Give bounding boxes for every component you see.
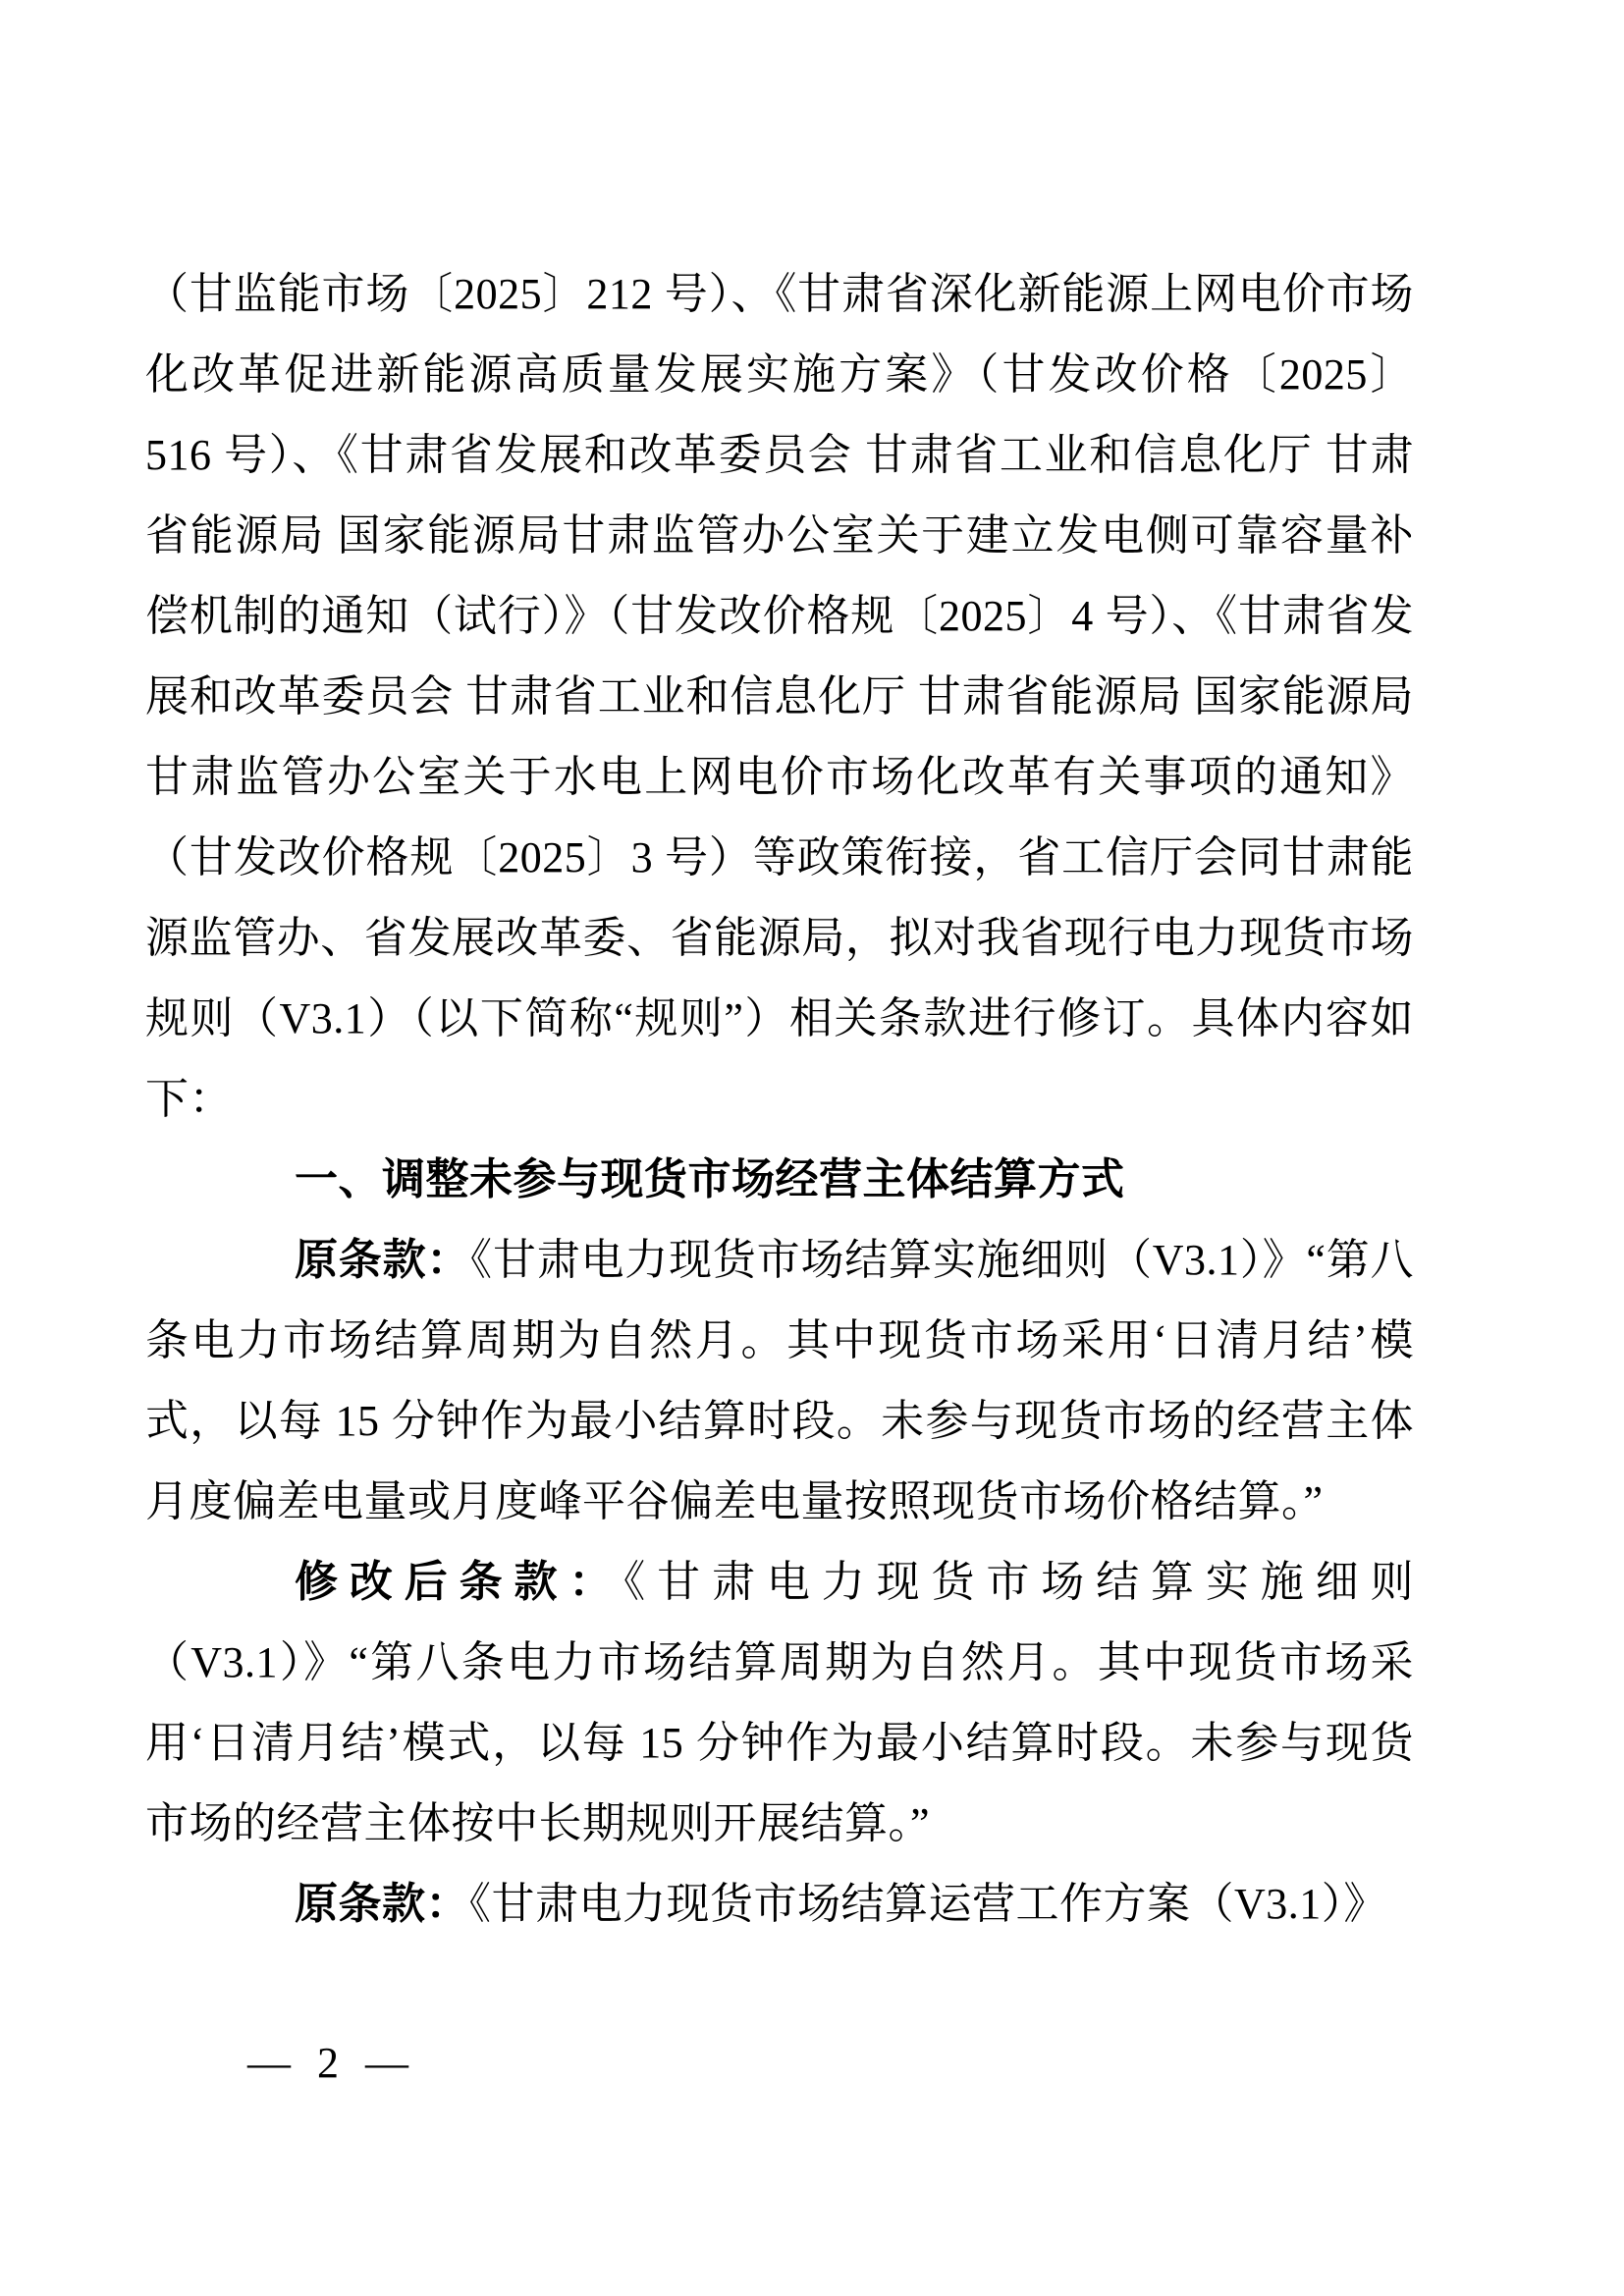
original-clause-label-1: 原条款： xyxy=(295,1236,470,1284)
revised-clause-label-1: 修改后条款： xyxy=(295,1558,623,1606)
paragraph-original-clause-1: 原条款：《甘肃电力现货市场结算实施细则（V3.1）》“第八条电力市场结算周期为自… xyxy=(145,1220,1414,1542)
original-clause-label-2: 原条款： xyxy=(295,1880,469,1928)
paragraph-policy-references: （甘监能市场〔2025〕212 号）、《甘肃省深化新能源上网电价市场化改革促进新… xyxy=(145,254,1414,1140)
original-clause-text-2: 《甘肃电力现货市场结算运营工作方案（V3.1）》 xyxy=(469,1880,1387,1928)
section-1-heading: 一、调整未参与现货市场经营主体结算方式 xyxy=(145,1140,1414,1220)
paragraph-original-clause-2: 原条款：《甘肃电力现货市场结算运营工作方案（V3.1）》 xyxy=(145,1864,1414,1945)
paragraph-revised-clause-1: 修改后条款：《甘肃电力现货市场结算实施细则（V3.1）》“第八条电力市场结算周期… xyxy=(145,1542,1414,1864)
document-page: （甘监能市场〔2025〕212 号）、《甘肃省深化新能源上网电价市场化改革促进新… xyxy=(0,0,1624,2296)
page-number: — 2 — xyxy=(247,2042,408,2085)
document-body: （甘监能市场〔2025〕212 号）、《甘肃省深化新能源上网电价市场化改革促进新… xyxy=(145,254,1414,1945)
